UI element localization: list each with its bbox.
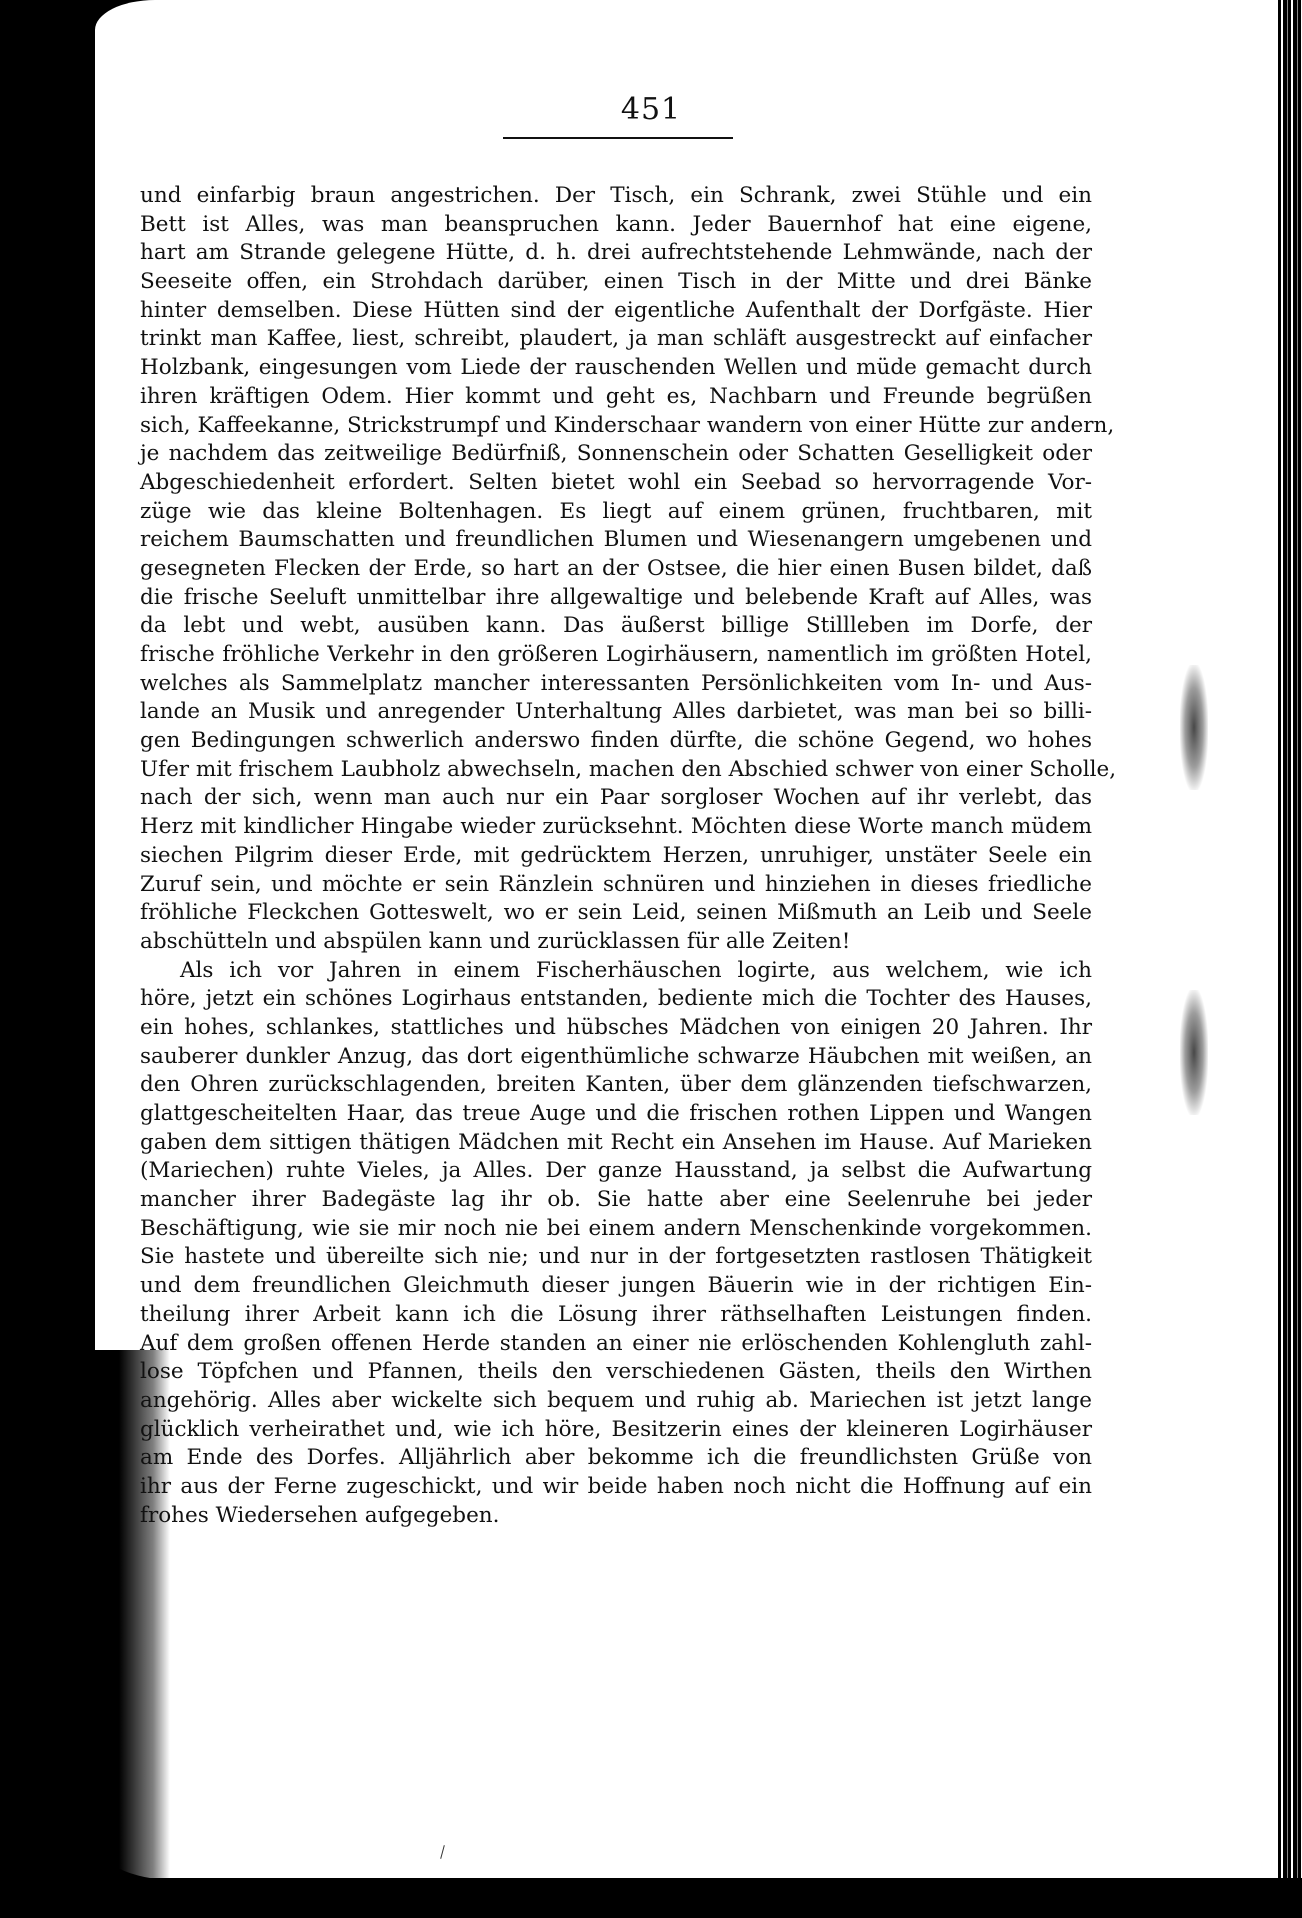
text-line: gesegneten Flecken der Erde, so hart an … bbox=[140, 555, 1092, 584]
text-line: und einfarbig braun angestrichen. Der Ti… bbox=[140, 182, 1092, 211]
text-line: Holzbank, eingesungen vom Liede der raus… bbox=[140, 354, 1092, 383]
text-line: Ufer mit frischem Laubholz abwechseln, m… bbox=[140, 756, 1092, 785]
text-line: theilung ihrer Arbeit kann ich die Lösun… bbox=[140, 1301, 1092, 1330]
text-line: Sie hastete und übereilte sich nie; und … bbox=[140, 1243, 1092, 1272]
text-line: angehörig. Alles aber wickelte sich bequ… bbox=[140, 1387, 1092, 1416]
text-line: abschütteln und abspülen kann und zurück… bbox=[140, 928, 1092, 957]
text-line: lose Töpfchen und Pfannen, theils den ve… bbox=[140, 1358, 1092, 1387]
text-line: gen Bedingungen schwerlich anderswo find… bbox=[140, 727, 1092, 756]
text-line: glücklich verheirathet und, wie ich höre… bbox=[140, 1416, 1092, 1445]
text-line: welches als Sammelplatz mancher interess… bbox=[140, 670, 1092, 699]
text-line: ein hohes, schlankes, stattliches und hü… bbox=[140, 1014, 1092, 1043]
text-line: (Mariechen) ruhte Vieles, ja Alles. Der … bbox=[140, 1157, 1092, 1186]
scan-right-edge bbox=[1278, 0, 1302, 1918]
page-number-rule bbox=[503, 137, 733, 139]
text-line: hinter demselben. Diese Hütten sind der … bbox=[140, 297, 1092, 326]
text-line: Als ich vor Jahren in einem Fischerhäusc… bbox=[140, 957, 1092, 986]
margin-ink-blot bbox=[1180, 665, 1208, 790]
text-line: züge wie das kleine Boltenhagen. Es lieg… bbox=[140, 498, 1092, 527]
text-line: hart am Strande gelegene Hütte, d. h. dr… bbox=[140, 239, 1092, 268]
text-line: lande an Musik und anregender Unterhaltu… bbox=[140, 698, 1092, 727]
text-line: sauberer dunkler Anzug, das dort eigenth… bbox=[140, 1043, 1092, 1072]
text-line: siechen Pilgrim dieser Erde, mit gedrück… bbox=[140, 842, 1092, 871]
text-line: je nachdem das zeitweilige Bedürfniß, So… bbox=[140, 440, 1092, 469]
paragraph: und einfarbig braun angestrichen. Der Ti… bbox=[140, 182, 1092, 957]
text-line: den Ohren zurückschlagenden, breiten Kan… bbox=[140, 1071, 1092, 1100]
text-line: mancher ihrer Badegäste lag ihr ob. Sie … bbox=[140, 1186, 1092, 1215]
text-line: fröhliche Fleckchen Gotteswelt, wo er se… bbox=[140, 899, 1092, 928]
text-line: ihr aus der Ferne zugeschickt, und wir b… bbox=[140, 1473, 1092, 1502]
text-line: Zuruf sein, und möchte er sein Ränzlein … bbox=[140, 871, 1092, 900]
text-line: glattgescheitelten Haar, das treue Auge … bbox=[140, 1100, 1092, 1129]
text-line: da lebt und webt, ausüben kann. Das äuße… bbox=[140, 612, 1092, 641]
text-line: nach der sich, wenn man auch nur ein Paa… bbox=[140, 784, 1092, 813]
text-line: und dem freundlichen Gleichmuth dieser j… bbox=[140, 1272, 1092, 1301]
text-line: gaben dem sittigen thätigen Mädchen mit … bbox=[140, 1129, 1092, 1158]
scan-bottom-edge bbox=[0, 1878, 1302, 1918]
page-number: 451 bbox=[0, 92, 1302, 127]
margin-ink-blot bbox=[1180, 990, 1208, 1115]
text-line: ihren kräftigen Odem. Hier kommt und geh… bbox=[140, 383, 1092, 412]
text-line: frische fröhliche Verkehr in den größere… bbox=[140, 641, 1092, 670]
text-line: am Ende des Dorfes. Alljährlich aber bek… bbox=[140, 1444, 1092, 1473]
text-line: Abgeschiedenheit erfordert. Selten biete… bbox=[140, 469, 1092, 498]
text-line: Auf dem großen offenen Herde standen an … bbox=[140, 1330, 1092, 1359]
text-line: Seeseite offen, ein Strohdach darüber, e… bbox=[140, 268, 1092, 297]
text-line: reichem Baumschatten und freundlichen Bl… bbox=[140, 526, 1092, 555]
text-line: Beschäftigung, wie sie mir noch nie bei … bbox=[140, 1215, 1092, 1244]
text-line: frohes Wiedersehen aufgegeben. bbox=[140, 1502, 1092, 1531]
text-line: trinkt man Kaffee, liest, schreibt, plau… bbox=[140, 325, 1092, 354]
text-line: die frische Seeluft unmittelbar ihre all… bbox=[140, 584, 1092, 613]
text-line: Herz mit kindlicher Hingabe wieder zurüc… bbox=[140, 813, 1092, 842]
text-line: höre, jetzt ein schönes Logirhaus entsta… bbox=[140, 985, 1092, 1014]
text-line: Bett ist Alles, was man beanspruchen kan… bbox=[140, 211, 1092, 240]
body-text: und einfarbig braun angestrichen. Der Ti… bbox=[140, 182, 1092, 1530]
paragraph: Als ich vor Jahren in einem Fischerhäusc… bbox=[140, 957, 1092, 1531]
text-line: sich, Kaffeekanne, Strickstrumpf und Kin… bbox=[140, 412, 1092, 441]
